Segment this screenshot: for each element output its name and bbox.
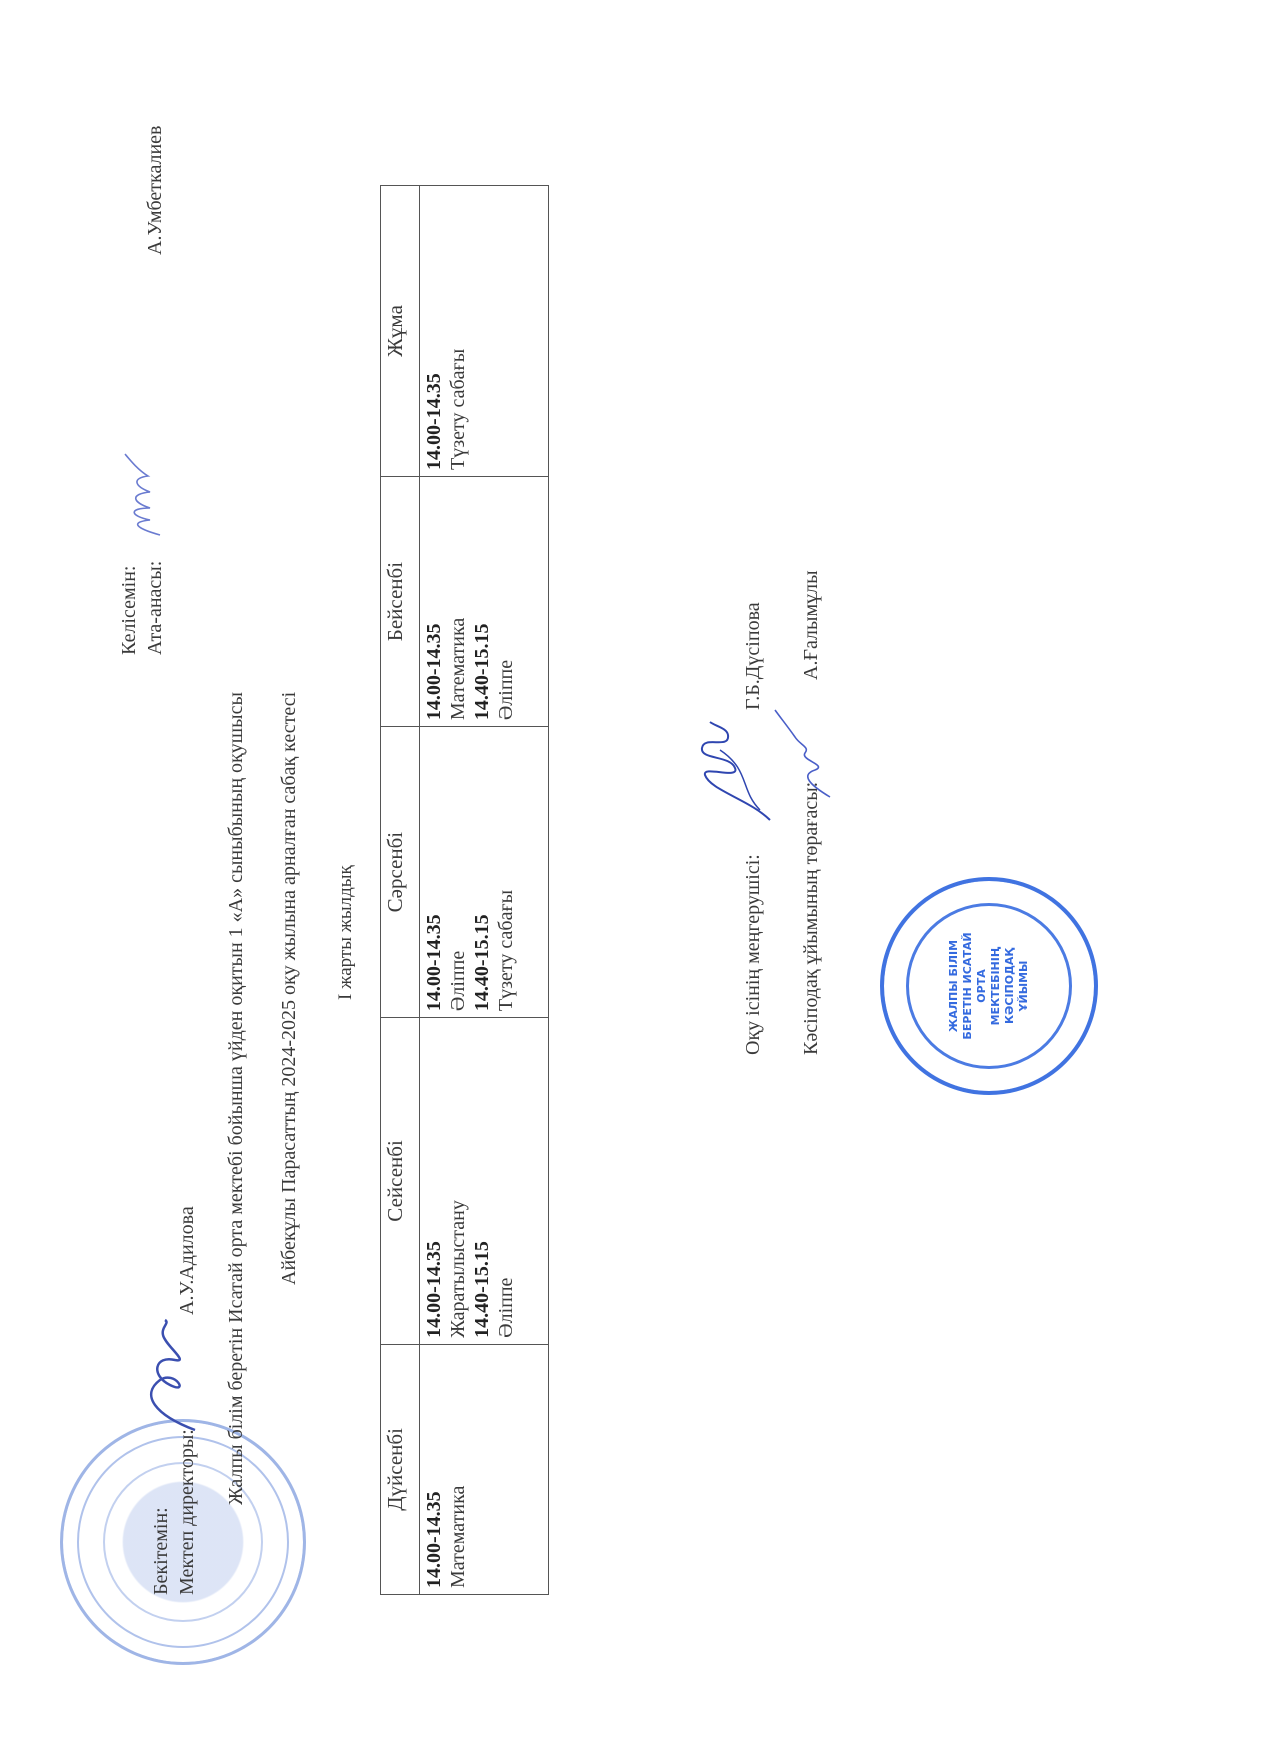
title-line-2: Айбекұлы Парасаттың 2024-2025 оқу жылына… [278,692,301,1285]
lesson-time: 14.00-14.35 [422,733,446,1011]
lesson-time: 14.40-15.15 [470,733,494,1011]
union-chair-signature [770,705,840,805]
approved-label: Бекітемін: [150,1507,173,1595]
lesson-subject: Әліппе [494,483,518,720]
lesson-time: 14.00-14.35 [422,192,446,470]
lesson-subject: Математика [446,1351,470,1588]
director-name: А.У.Адилова [176,1206,199,1315]
day-header: Сәрсенбі [381,727,420,1018]
day-cell-wednesday: 14.00-14.35 Әліппе 14.40-15.15 Түзету са… [420,727,549,1018]
union-stamp: ЖАЛПЫ БІЛІМ БЕРЕТІН ИСАТАЙ ОРТА МЕКТЕБІН… [880,877,1098,1095]
lesson-time: 14.00-14.35 [422,1024,446,1338]
day-header: Сейсенбі [381,1018,420,1345]
lesson-subject: Түзету сабағы [446,192,470,470]
lesson-time: 14.40-15.15 [470,483,494,720]
academic-head-signature [690,720,780,830]
academic-head-name: Г.Б.Дүсіпова [742,602,765,710]
union-stamp-text: ЖАЛПЫ БІЛІМ БЕРЕТІН ИСАТАЙ ОРТА МЕКТЕБІН… [947,931,1031,1041]
day-header: Дүйсенбі [381,1344,420,1594]
lesson-subject: Әліппе [446,733,470,1011]
union-chair-label: Кәсіподақ ұйымының төрағасы: [800,782,823,1055]
director-signature [135,1315,205,1435]
schedule-table: Дүйсенбі Сейсенбі Сәрсенбі Бейсенбі Жұма… [380,185,549,1595]
lesson-time: 14.00-14.35 [422,1351,446,1588]
union-chair-name: А.Ғалымұлы [800,570,823,680]
document-page: Бекітемін: Мектеп директоры: А.У.Адилова… [0,0,1276,1755]
parent-signature [120,450,170,540]
parent-label: Ата-анасы: [144,561,167,655]
day-cell-tuesday: 14.00-14.35 Жаратылыстану 14.40-15.15 Әл… [420,1018,549,1345]
day-cell-thursday: 14.00-14.35 Математика 14.40-15.15 Әліпп… [420,476,549,726]
lesson-time: 14.00-14.35 [422,483,446,720]
table-row: 14.00-14.35 Математика 14.00-14.35 Жарат… [420,186,549,1595]
title-line-1: Жалпы білім беретін Исатай орта мектебі … [225,692,248,1505]
day-cell-friday: 14.00-14.35 Түзету сабағы [420,186,549,477]
day-cell-monday: 14.00-14.35 Математика [420,1344,549,1594]
day-header: Жұма [381,186,420,477]
lesson-time: 14.40-15.15 [470,1024,494,1338]
table-header-row: Дүйсенбі Сейсенбі Сәрсенбі Бейсенбі Жұма [381,186,420,1595]
lesson-subject: Түзету сабағы [494,733,518,1011]
director-label: Мектеп директоры: [176,1429,199,1595]
academic-head-label: Оқу ісінің меңгерушісі: [742,854,765,1055]
parent-name: А.Умбеткалиев [144,125,167,255]
lesson-subject: Математика [446,483,470,720]
period-label: I жарты жылдық [335,865,357,1000]
agreed-label: Келісемін: [118,566,141,655]
lesson-subject: Жаратылыстану [446,1024,470,1338]
lesson-subject: Әліппе [494,1024,518,1338]
day-header: Бейсенбі [381,476,420,726]
